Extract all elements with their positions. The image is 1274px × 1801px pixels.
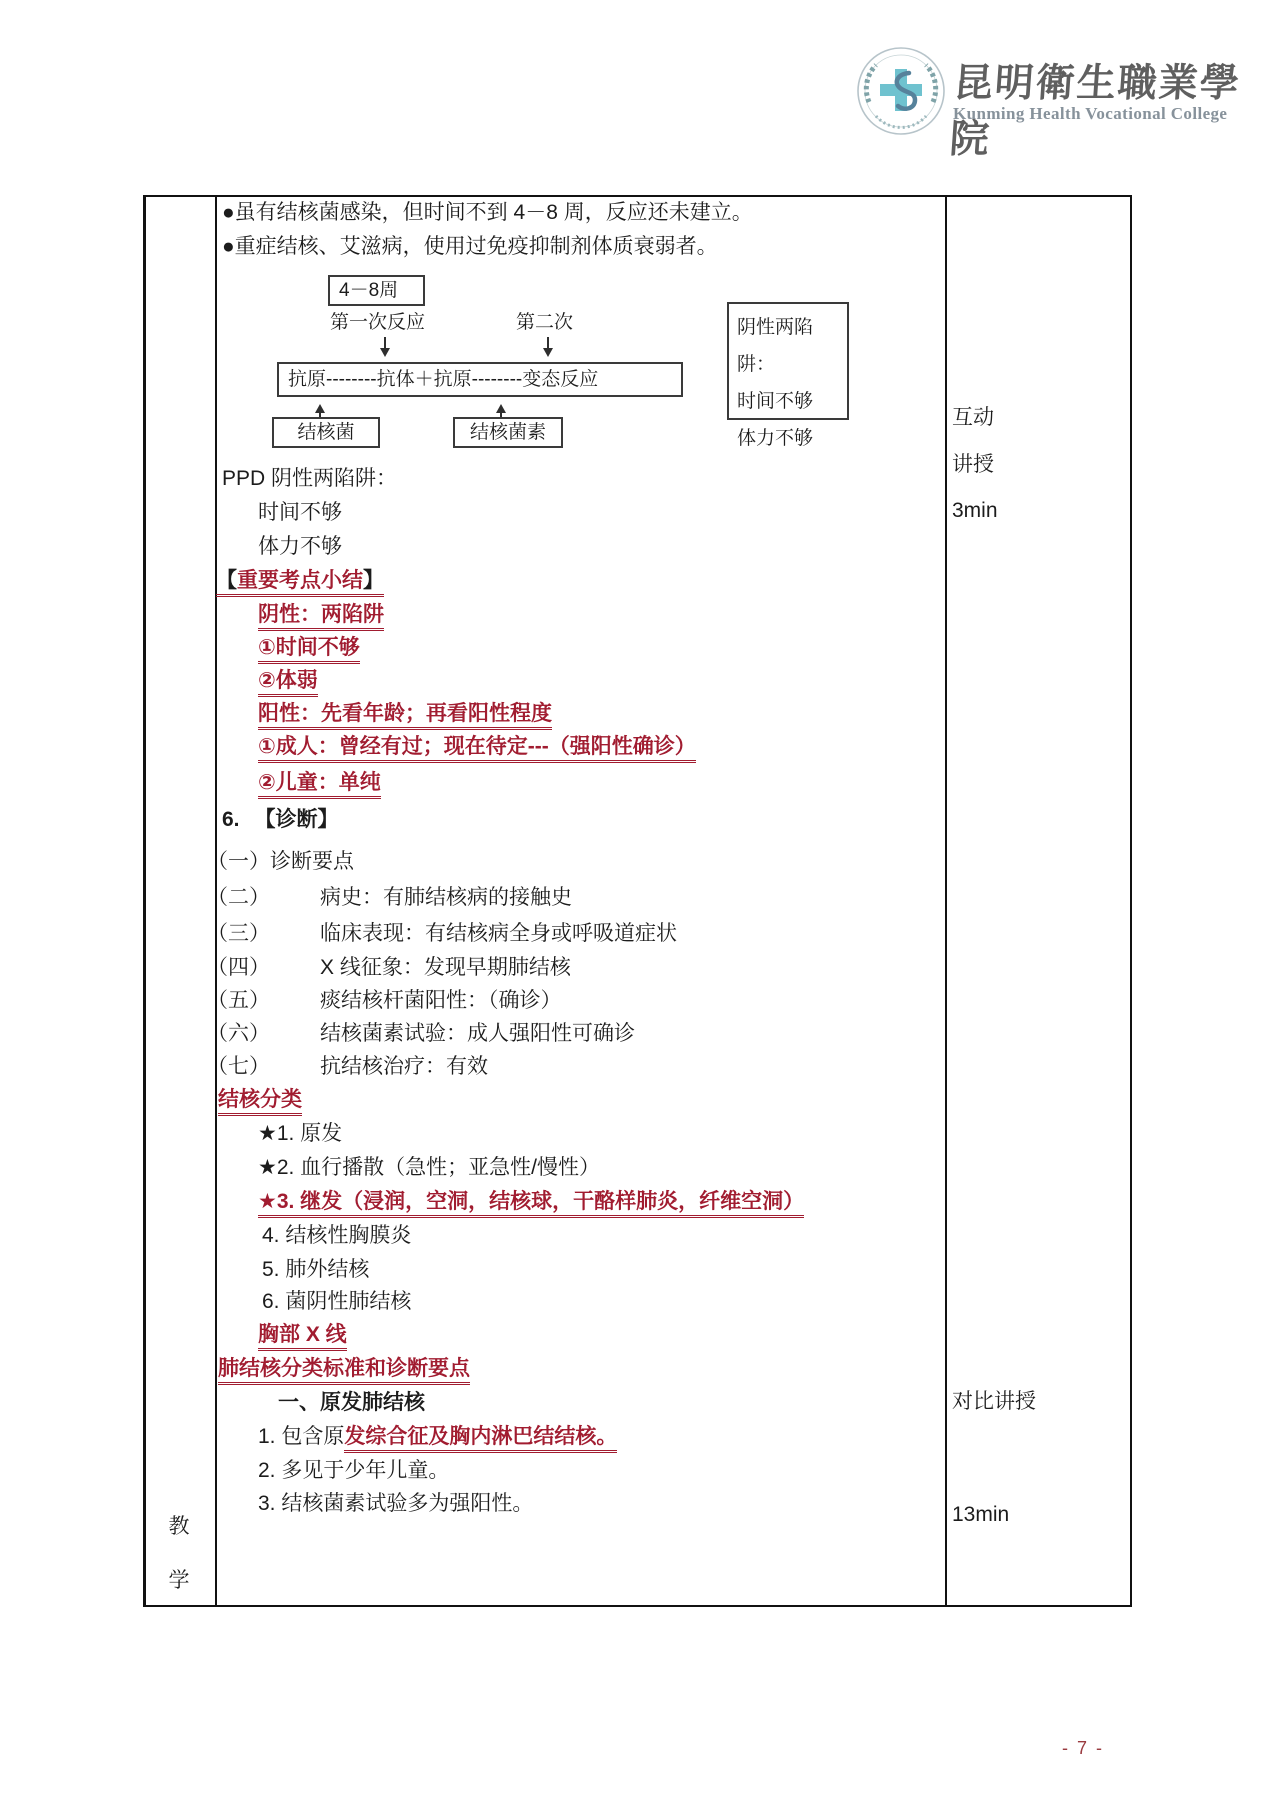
- diagnosis-item-3: （三）临床表现：有结核病全身或呼吸道症状: [207, 920, 677, 947]
- primary-tb-point-3: 3. 结核菌素试验多为强阳性。: [258, 1490, 533, 1517]
- diagram-second-reaction-label: 第二次: [516, 310, 573, 335]
- summary-bracket-close: 】: [363, 569, 384, 592]
- diagnosis-title: 【诊断】: [255, 808, 339, 831]
- college-logo: [856, 46, 946, 136]
- classification-item-6: 6. 菌阴性肺结核: [262, 1288, 411, 1315]
- bullet-line-1: ●虽有结核菌感染，但时间不到 4－8 周，反应还未建立。: [222, 199, 753, 226]
- left-column-char-top: 教: [143, 1513, 215, 1540]
- left-column-char-bottom: 学: [143, 1567, 215, 1594]
- summary-positive: 阳性：先看年龄；再看阳性程度: [258, 700, 552, 730]
- diagram-reaction-chain-box: 抗原--------抗体＋抗原--------变态反应: [277, 362, 683, 397]
- diagnosis-number: 6.: [222, 808, 240, 831]
- ppd-trap-1: 时间不够: [258, 499, 342, 526]
- summary-neg2: ②体弱: [258, 667, 318, 697]
- arrow-down-icon: [547, 337, 549, 354]
- arrow-up-icon: [319, 407, 321, 417]
- diagram-tuberculin-box: 结核菌素: [453, 417, 563, 448]
- primary-tb-heading: 一、原发肺结核: [278, 1389, 425, 1416]
- summary-negative: 阴性：两陷阱: [258, 601, 384, 631]
- method-compare-lecture: 对比讲授: [952, 1388, 1036, 1415]
- summary-pos2: ②儿童：单纯: [258, 769, 381, 799]
- diagram-trap-box: 阴性两陷阱： 时间不够 体力不够: [727, 302, 849, 420]
- method-lecture: 讲授: [952, 451, 994, 478]
- classification-item-4: 4. 结核性胸膜炎: [262, 1222, 411, 1249]
- arrow-up-icon: [500, 407, 502, 417]
- summary-bracket-open: 【: [216, 569, 237, 592]
- ppd-trap-2: 体力不够: [258, 533, 342, 560]
- classification-item-5: 5. 肺外结核: [262, 1256, 369, 1283]
- diagnosis-item-2: （二）病史：有肺结核病的接触史: [207, 884, 572, 911]
- diagnosis-heading: 6.【诊断】: [222, 806, 339, 833]
- diagnosis-item-4: （四）X 线征象：发现早期肺结核: [207, 954, 571, 981]
- method-interactive: 互动: [952, 404, 994, 431]
- summary-neg1: ①时间不够: [258, 634, 360, 664]
- summary-pos1: ①成人：曾经有过；现在待定---（强阳性确诊）: [258, 733, 696, 763]
- diagram-tb-bacteria-box: 结核菌: [272, 417, 380, 448]
- diagram-week-box: 4－8周: [328, 275, 425, 306]
- bullet-line-2: ●重症结核、艾滋病，使用过免疫抑制剂体质衰弱者。: [222, 233, 718, 260]
- classification-item-2: ★2. 血行播散（急性；亚急性/慢性）: [258, 1154, 600, 1181]
- page-number: - 7 -: [1062, 1738, 1104, 1759]
- summary-heading: 【重要考点小结】: [216, 567, 384, 597]
- college-emblem-icon: [856, 46, 946, 136]
- trap-box-line2: 体力不够: [737, 420, 847, 457]
- classification-title: 结核分类: [218, 1086, 302, 1116]
- primary-tb-point-2: 2. 多见于少年儿童。: [258, 1457, 449, 1484]
- chest-xray-heading: 胸部 X 线: [258, 1321, 347, 1351]
- table-divider-right: [945, 195, 947, 1605]
- college-name-en: Kunming Health Vocational College: [953, 104, 1227, 124]
- method-time-3min: 3min: [952, 497, 998, 524]
- summary-title: 重要考点小结: [237, 569, 363, 592]
- diagnosis-item-7: （七）抗结核治疗：有效: [207, 1053, 488, 1080]
- trap-box-title: 阴性两陷阱：: [737, 309, 847, 383]
- classification-item-1: ★1. 原发: [258, 1120, 342, 1147]
- diagnosis-item-1: （一）诊断要点: [207, 848, 354, 875]
- diagram-first-reaction-label: 第一次反应: [330, 310, 425, 335]
- arrow-down-icon: [384, 337, 386, 354]
- diagnosis-item-5: （五）痰结核杆菌阳性：（确诊）: [207, 987, 562, 1014]
- standards-title: 肺结核分类标准和诊断要点: [218, 1355, 470, 1385]
- trap-box-line1: 时间不够: [737, 383, 847, 420]
- document-page: 昆明衛生職業學院 Kunming Health Vocational Colle…: [0, 0, 1274, 1801]
- method-time-13min: 13min: [952, 1501, 1009, 1528]
- ppd-title: PPD 阴性两陷阱：: [222, 465, 397, 492]
- classification-item-3: ★3. 继发（浸润，空洞，结核球，干酪样肺炎，纤维空洞）: [258, 1188, 804, 1218]
- primary-tb-point-1: 1. 包含原发综合征及胸内淋巴结结核。: [258, 1423, 617, 1453]
- diagnosis-item-6: （六）结核菌素试验：成人强阳性可确诊: [207, 1020, 635, 1047]
